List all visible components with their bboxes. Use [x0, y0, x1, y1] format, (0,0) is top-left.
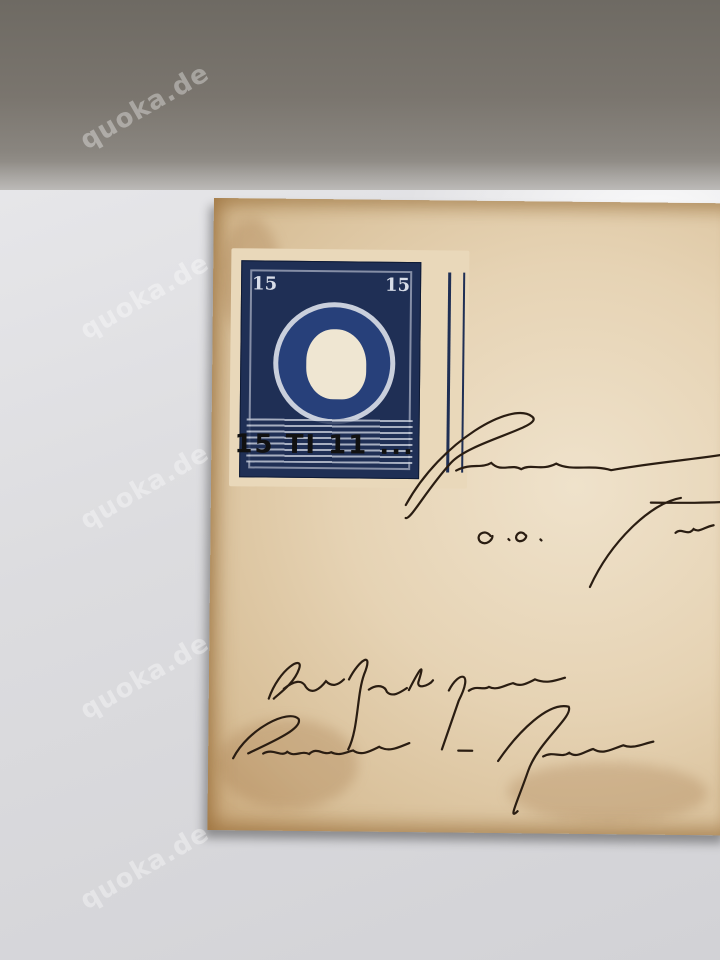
envelope: 15 15 15 TI 11 ... — [207, 198, 720, 835]
handwritten-address — [207, 198, 720, 835]
